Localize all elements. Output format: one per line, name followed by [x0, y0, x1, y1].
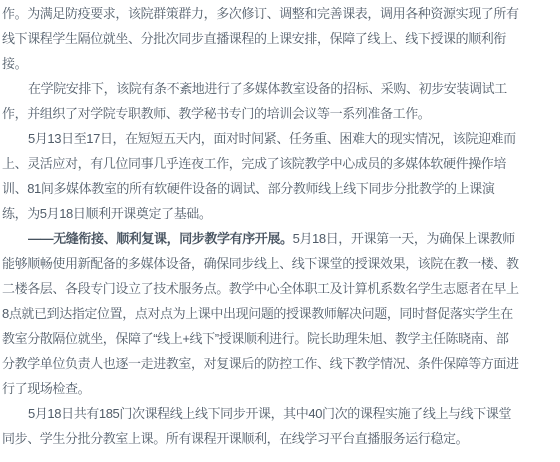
paragraph: ——无缝衔接、顺利复课，同步教学有序开展。5月18日，开课第一天，为确保上课教师…	[2, 226, 519, 401]
paragraph: 作。为满足防疫要求，该院群策群力，多次修订、调整和完善课表，调用各种资源实现了所…	[2, 1, 519, 76]
text-segment: 5月18日共有185门次课程线上线下同步开课，其中40门次的课程实施了线上与线下…	[2, 406, 511, 446]
paragraph: 5月13日至17日，在短短五天内，面对时间紧、任务重、困难大的现实情况，该院迎难…	[2, 126, 519, 226]
paragraph: 5月18日共有185门次课程线上线下同步开课，其中40门次的课程实施了线上与线下…	[2, 401, 519, 451]
bold-lead-segment: ——无缝衔接、顺利复课，同步教学有序开展。	[28, 231, 293, 246]
text-segment: 5月13日至17日，在短短五天内，面对时间紧、任务重、困难大的现实情况，该院迎难…	[2, 131, 516, 221]
paragraph: 在学院安排下，该院有条不紊地进行了多媒体教室设备的招标、采购、初步安装调试工作，…	[2, 76, 519, 126]
text-segment: 5月18日，开课第一天，为确保上课教师能够顺畅使用新配备的多媒体设备，确保同步线…	[2, 231, 519, 396]
article-body: 作。为满足防疫要求，该院群策群力，多次修订、调整和完善课表，调用各种资源实现了所…	[0, 0, 519, 451]
text-segment: 作。为满足防疫要求，该院群策群力，多次修订、调整和完善课表，调用各种资源实现了所…	[2, 6, 519, 71]
text-segment: 在学院安排下，该院有条不紊地进行了多媒体教室设备的招标、采购、初步安装调试工作，…	[2, 81, 507, 121]
